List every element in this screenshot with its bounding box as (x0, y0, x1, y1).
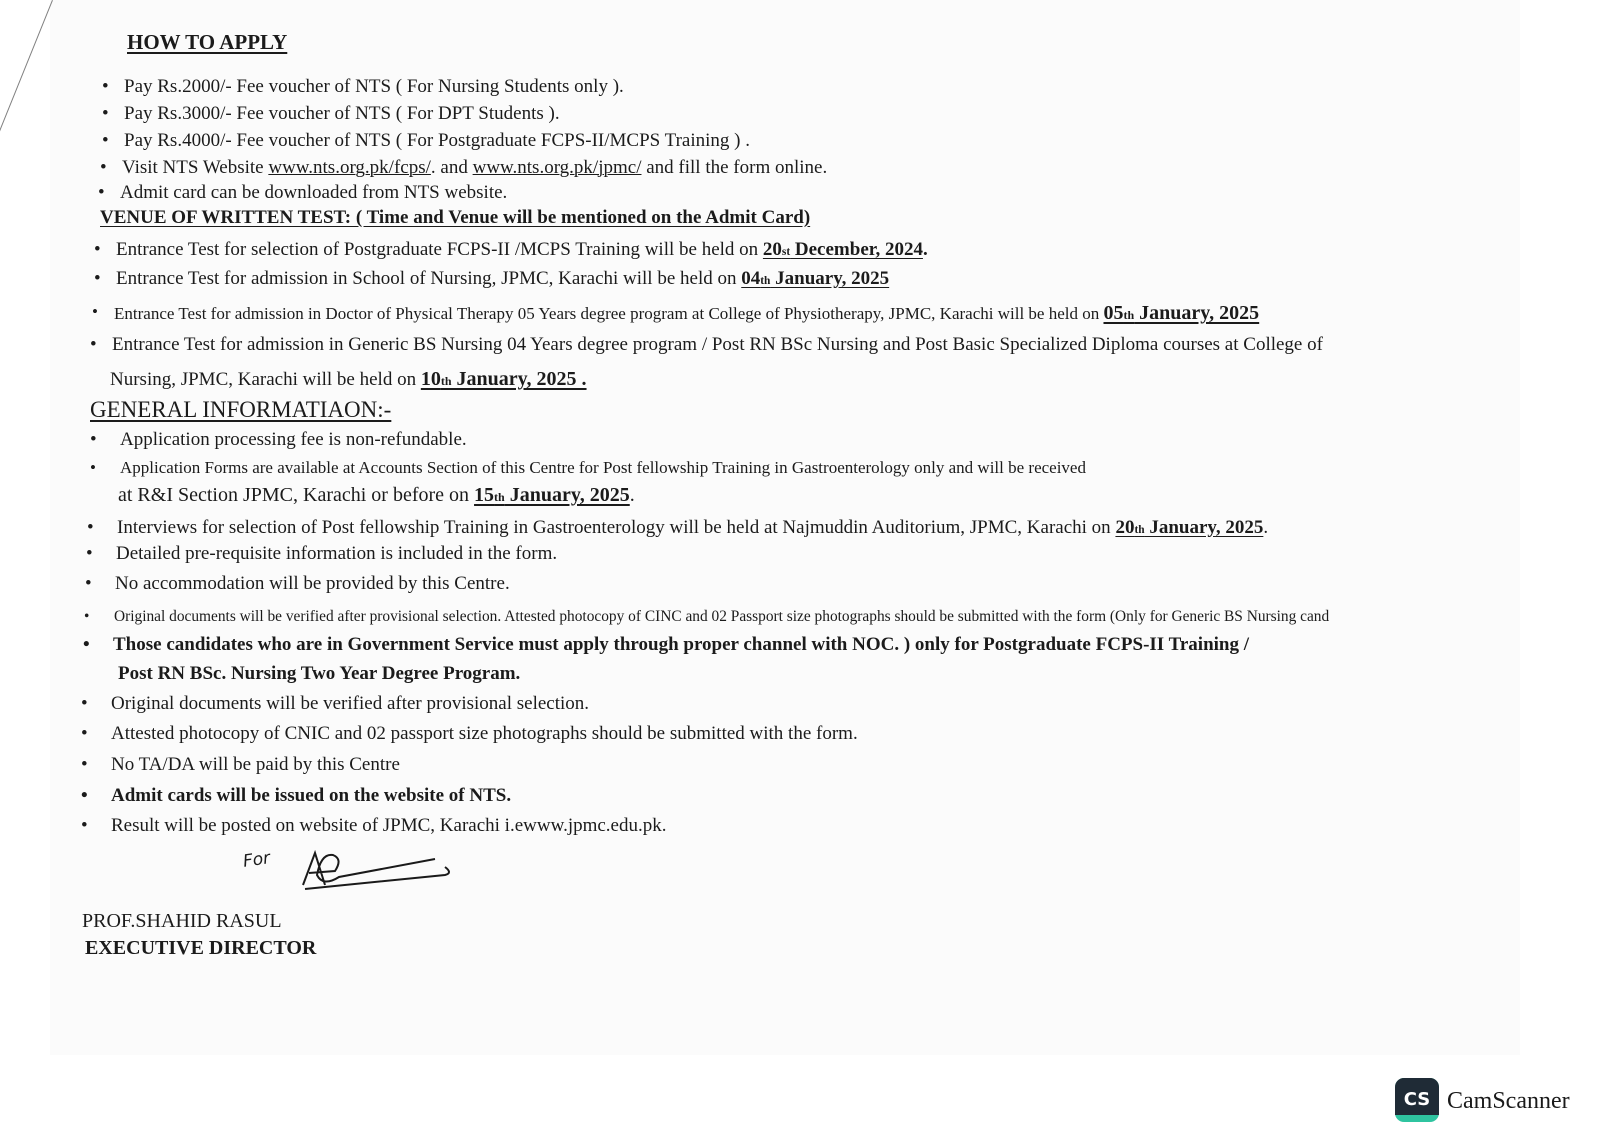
date: 20th January, 2025 (1115, 517, 1263, 538)
general-info-heading: GENERAL INFORMATIAON:- (90, 397, 391, 423)
venue-text: Entrance Test for admission in School of… (116, 268, 741, 289)
date: 05th January, 2025 (1103, 302, 1259, 324)
list-item: Original documents will be verified afte… (114, 608, 1329, 626)
list-item: Interviews for selection of Post fellows… (117, 517, 1268, 539)
list-item: Original documents will be verified afte… (111, 693, 589, 715)
date: 20st December, 2024 (763, 239, 923, 260)
date: 10th January, 2025 . (421, 368, 587, 390)
camscanner-label: CamScanner (1447, 1088, 1570, 1115)
list-item: Entrance Test for selection of Postgradu… (116, 239, 928, 261)
list-item-continuation: Post RN BSc. Nursing Two Year Degree Pro… (118, 663, 520, 685)
list-item: Pay Rs.4000/- Fee voucher of NTS ( For P… (124, 130, 750, 152)
list-item: Entrance Test for admission in School of… (116, 268, 889, 290)
signatory-title: EXECUTIVE DIRECTOR (85, 937, 316, 960)
list-item-continuation: Nursing, JPMC, Karachi will be held on 1… (110, 368, 587, 391)
list-item: Pay Rs.2000/- Fee voucher of NTS ( For N… (124, 76, 624, 98)
list-item: Application Forms are available at Accou… (120, 458, 1086, 478)
list-item: Pay Rs.3000/- Fee voucher of NTS ( For D… (124, 103, 560, 125)
venue-text: Entrance Test for selection of Postgradu… (116, 239, 763, 260)
list-item: Result will be posted on website of JPMC… (111, 815, 667, 837)
list-item: No accommodation will be provided by thi… (115, 573, 510, 595)
how-to-apply-heading: HOW TO APPLY (127, 30, 287, 55)
svg-text:CS: CS (1404, 1089, 1431, 1110)
list-item: Admit card can be downloaded from NTS we… (120, 182, 507, 204)
scan-edge-line (0, 0, 53, 186)
list-item: Entrance Test for admission in Doctor of… (114, 302, 1259, 325)
website-prefix: Visit NTS Website (122, 157, 268, 178)
list-item: No TA/DA will be paid by this Centre (111, 754, 400, 776)
website-mid: . and (431, 157, 473, 178)
nts-fcps-link[interactable]: www.nts.org.pk/fcps/ (268, 157, 431, 178)
venue-heading: VENUE OF WRITTEN TEST: ( Time and Venue … (100, 207, 810, 229)
signature-for: For (242, 848, 272, 872)
camscanner-logo-icon: CS (1395, 1078, 1439, 1122)
signature-icon (295, 845, 455, 895)
venue-text: Entrance Test for admission in Doctor of… (114, 304, 1103, 323)
nts-jpmc-link[interactable]: www.nts.org.pk/jpmc/ (473, 157, 642, 178)
signatory-name: PROF.SHAHID RASUL (82, 910, 282, 933)
list-item: Admit cards will be issued on the websit… (111, 785, 511, 807)
list-item: Those candidates who are in Government S… (113, 634, 1249, 656)
date: 04th January, 2025 (741, 268, 889, 289)
list-item-website: Visit NTS Website www.nts.org.pk/fcps/. … (122, 157, 827, 179)
list-item-continuation: at R&I Section JPMC, Karachi or before o… (118, 484, 635, 507)
list-item: Application processing fee is non-refund… (120, 429, 467, 451)
list-item: Entrance Test for admission in Generic B… (112, 334, 1323, 356)
date: 15th January, 2025 (474, 484, 630, 506)
list-item: Attested photocopy of CNIC and 02 passpo… (111, 723, 858, 745)
website-suffix: and fill the form online. (641, 157, 827, 178)
list-item: Detailed pre-requisite information is in… (116, 543, 557, 565)
